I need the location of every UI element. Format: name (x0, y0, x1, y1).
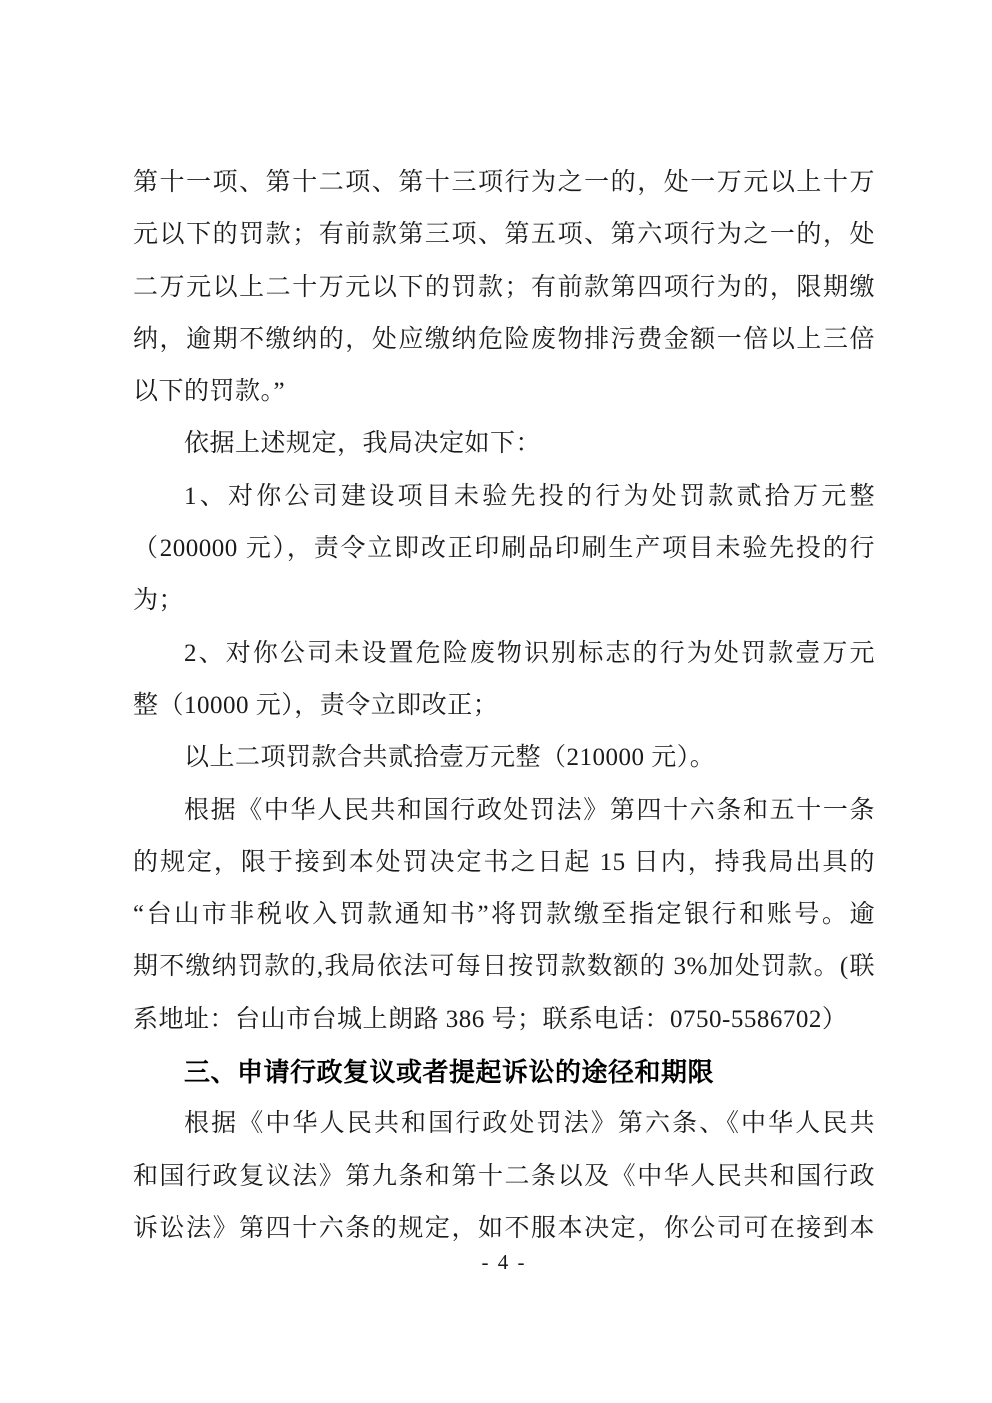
text-line: 系地址：台山市台城上朗路 386 号；联系电话：0750-5586702） (133, 994, 875, 1046)
page-number: - 4 - (133, 1246, 875, 1278)
text-line: 根据《中华人民共和国行政处罚法》第六条、《中华人民共 (133, 1098, 875, 1150)
text-line: 第十一项、第十二项、第十三项行为之一的，处一万元以上十万 (133, 157, 875, 209)
text-line: 以上二项罚款合共贰拾壹万元整（210000 元）。 (133, 732, 875, 784)
text-line: 1、对你公司建设项目未验先投的行为处罚款贰拾万元整 (133, 471, 875, 523)
text-line: 依据上述规定，我局决定如下： (133, 418, 875, 470)
section-heading: 三、申请行政复议或者提起诉讼的途径和期限 (133, 1046, 875, 1098)
text-line: 元以下的罚款；有前款第三项、第五项、第六项行为之一的，处 (133, 209, 875, 261)
text-line: 期不缴纳罚款的,我局依法可每日按罚款数额的 3%加处罚款。(联 (133, 941, 875, 993)
text-line: 的规定，限于接到本处罚决定书之日起 15 日内，持我局出具的 (133, 837, 875, 889)
document-lines: 第十一项、第十二项、第十三项行为之一的，处一万元以上十万元以下的罚款；有前款第三… (133, 157, 875, 1255)
text-line: 二万元以上二十万元以下的罚款；有前款第四项行为的，限期缴 (133, 262, 875, 314)
text-line: 以下的罚款。” (133, 366, 875, 418)
document-page: 第十一项、第十二项、第十三项行为之一的，处一万元以上十万元以下的罚款；有前款第三… (0, 0, 992, 1403)
text-line: 和国行政复议法》第九条和第十二条以及《中华人民共和国行政 (133, 1151, 875, 1203)
text-line: 2、对你公司未设置危险废物识别标志的行为处罚款壹万元 (133, 628, 875, 680)
text-line: “台山市非税收入罚款通知书”将罚款缴至指定银行和账号。逾 (133, 889, 875, 941)
text-line: 根据《中华人民共和国行政处罚法》第四十六条和五十一条 (133, 785, 875, 837)
text-line: 纳，逾期不缴纳的，处应缴纳危险废物排污费金额一倍以上三倍 (133, 314, 875, 366)
text-line: 整（10000 元），责令立即改正； (133, 680, 875, 732)
text-line: （200000 元），责令立即改正印刷品印刷生产项目未验先投的行 (133, 523, 875, 575)
text-line: 为； (133, 575, 875, 627)
